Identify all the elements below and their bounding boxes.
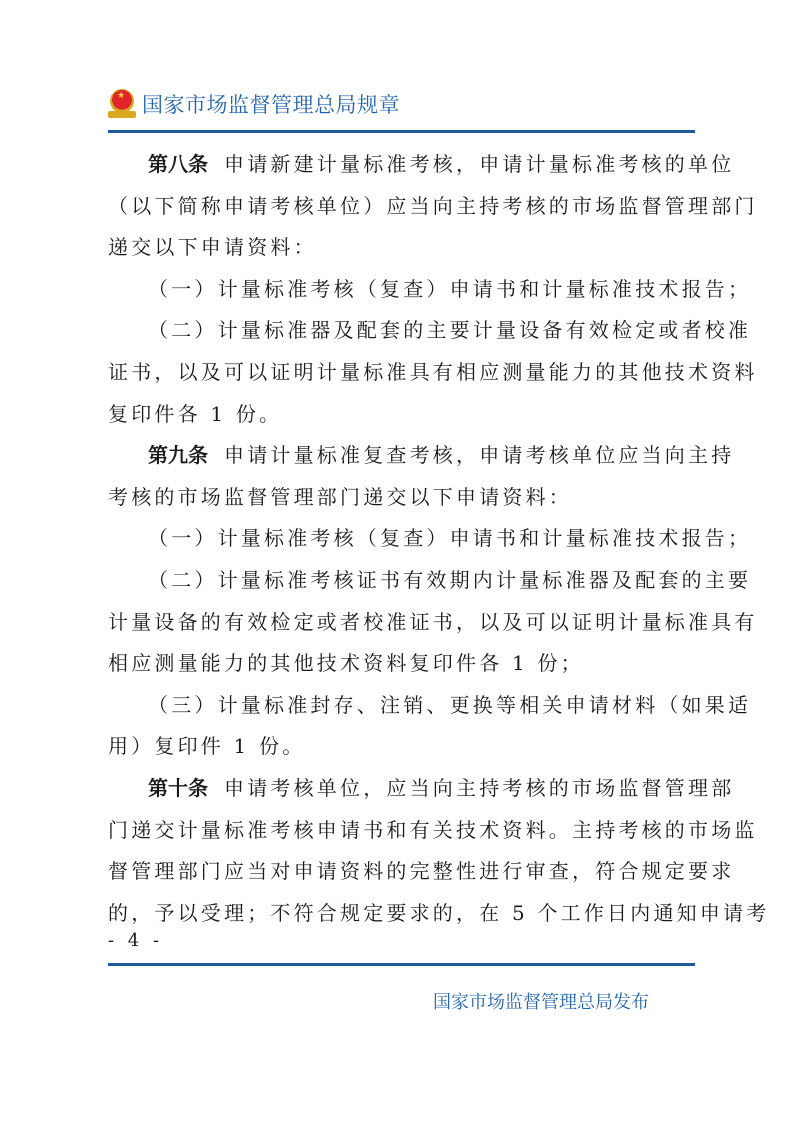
article-10-line-1: 第十条申请考核单位，应当向主持考核的市场监督管理部 <box>108 774 695 816</box>
footer-divider <box>108 963 695 966</box>
article-8-line-3: 递交以下申请资料： <box>108 233 695 275</box>
publisher-footer: 国家市场监督管理总局发布 <box>433 988 649 1014</box>
article-8-line-1: 第八条申请新建计量标准考核，申请计量标准考核的单位 <box>108 150 695 192</box>
article-9-item-2-line-1: （二）计量标准考核证书有效期内计量标准器及配套的主要 <box>108 566 695 608</box>
article-9-item-1: （一）计量标准考核（复查）申请书和计量标准技术报告； <box>108 524 695 566</box>
header-title: 国家市场监督管理总局规章 <box>142 89 400 119</box>
article-10-label: 第十条 <box>148 776 208 800</box>
article-8-item-2-line-3: 复印件各 1 份。 <box>108 400 695 442</box>
article-9-item-3-line-1: （三）计量标准封存、注销、更换等相关申请材料（如果适 <box>108 691 695 733</box>
article-8-line-2: （以下简称申请考核单位）应当向主持考核的市场监督管理部门 <box>108 192 695 234</box>
article-8-item-2-line-2: 证书，以及可以证明计量标准具有相应测量能力的其他技术资料 <box>108 358 695 400</box>
header-divider <box>108 130 695 133</box>
page-number: - 4 - <box>108 930 163 951</box>
page-header: ★ 国家市场监督管理总局规章 <box>108 86 400 122</box>
article-9-item-2-line-2: 计量设备的有效检定或者校准证书，以及可以证明计量标准具有 <box>108 608 695 650</box>
article-9-line-1: 第九条申请计量标准复查考核，申请考核单位应当向主持 <box>108 441 695 483</box>
article-8-label: 第八条 <box>148 152 208 176</box>
document-body: 第八条申请新建计量标准考核，申请计量标准考核的单位 （以下简称申请考核单位）应当… <box>108 150 695 940</box>
article-9-line-2: 考核的市场监督管理部门递交以下申请资料： <box>108 483 695 525</box>
national-emblem-icon: ★ <box>108 89 136 119</box>
article-9-label: 第九条 <box>148 443 208 467</box>
article-10-line-4: 的，予以受理；不符合规定要求的，在 5 个工作日内通知申请考 <box>108 899 695 941</box>
article-10-line-3: 督管理部门应当对申请资料的完整性进行审查，符合规定要求 <box>108 857 695 899</box>
article-9-item-2-line-3: 相应测量能力的其他技术资料复印件各 1 份； <box>108 649 695 691</box>
article-9-item-3-line-2: 用）复印件 1 份。 <box>108 732 695 774</box>
article-8-item-1: （一）计量标准考核（复查）申请书和计量标准技术报告； <box>108 275 695 317</box>
article-8-item-2-line-1: （二）计量标准器及配套的主要计量设备有效检定或者校准 <box>108 316 695 358</box>
article-10-line-2: 门递交计量标准考核申请书和有关技术资料。主持考核的市场监 <box>108 816 695 858</box>
